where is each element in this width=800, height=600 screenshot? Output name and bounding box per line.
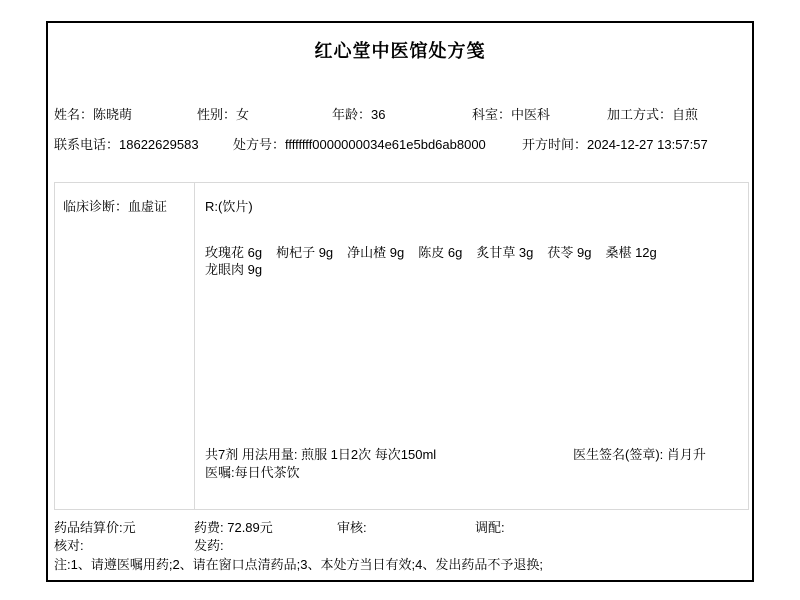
department-label: 科室：	[472, 107, 511, 122]
field-department: 科室：中医科	[472, 107, 550, 122]
herb-item: 炙甘草 3g	[476, 245, 533, 260]
compound-field: 调配:	[475, 520, 505, 535]
age-label: 年龄：	[332, 107, 371, 122]
processing-label: 加工方式：	[607, 107, 672, 122]
herb-item: 枸杞子 9g	[276, 245, 333, 260]
dispense-field: 发药:	[194, 538, 224, 553]
review-field: 审核:	[337, 520, 367, 535]
field-patient-name: 姓名：陈晓萌	[54, 107, 132, 122]
check-field: 核对:	[54, 538, 84, 553]
prescription-sheet: 红心堂中医馆处方笺 姓名：陈晓萌 性别：女 年龄：36 科室：中医科 加工方式：…	[46, 21, 754, 582]
diagnosis-label: 临床诊断：	[63, 199, 128, 214]
patient-name-label: 姓名：	[54, 107, 93, 122]
herb-item: 茯苓 9g	[547, 245, 591, 260]
fee-label: 药费:	[194, 520, 227, 535]
phone-label: 联系电话：	[54, 137, 119, 152]
settle-price: 药品结算价:元	[54, 520, 136, 535]
phone-value: 18622629583	[119, 137, 199, 152]
fee-field: 药费: 72.89元	[194, 520, 273, 535]
gender-value: 女	[236, 107, 249, 122]
usage-block: 共7剂 用法用量: 煎服 1日2次 每次150ml 医嘱:每日代茶饮	[205, 446, 436, 482]
fee-value: 72.89元	[227, 520, 273, 535]
field-gender: 性别：女	[197, 107, 249, 122]
rx-content-cell: R:(饮片) 玫瑰花 6g枸杞子 9g净山楂 9g陈皮 6g炙甘草 3g茯苓 9…	[195, 183, 748, 509]
diagnosis-value: 血虚证	[128, 199, 167, 214]
herb-item: 桑椹 12g	[605, 245, 656, 260]
processing-value: 自煎	[672, 107, 698, 122]
herb-list: 玫瑰花 6g枸杞子 9g净山楂 9g陈皮 6g炙甘草 3g茯苓 9g桑椹 12g…	[205, 244, 738, 278]
prescription-table: 临床诊断：血虚证 R:(饮片) 玫瑰花 6g枸杞子 9g净山楂 9g陈皮 6g炙…	[54, 182, 749, 510]
doctor-signature: 医生签名(签章): 肖月升	[573, 446, 715, 464]
department-value: 中医科	[511, 107, 550, 122]
herb-item: 陈皮 6g	[418, 245, 462, 260]
rx-time-value: 2024-12-27 13:57:57	[587, 137, 708, 152]
rx-time-label: 开方时间：	[522, 137, 587, 152]
herb-item: 净山楂 9g	[347, 245, 404, 260]
page-title: 红心堂中医馆处方笺	[48, 37, 752, 63]
instruction-line: 医嘱:每日代茶饮	[205, 464, 436, 482]
rx-no-label: 处方号：	[233, 137, 285, 152]
field-rx-no: 处方号：ffffffff0000000034e61e5bd6ab8000	[233, 137, 486, 152]
field-rx-time: 开方时间：2024-12-27 13:57:57	[522, 137, 708, 152]
notes-line: 注:1、请遵医嘱用药;2、请在窗口点清药品;3、本处方当日有效;4、发出药品不予…	[54, 557, 543, 572]
age-value: 36	[371, 107, 385, 122]
diagnosis-cell: 临床诊断：血虚证	[55, 183, 195, 509]
rx-header: R:(饮片)	[205, 196, 253, 215]
field-phone: 联系电话：18622629583	[54, 137, 199, 152]
doctor-name: 肖月升	[667, 447, 706, 462]
patient-name-value: 陈晓萌	[93, 107, 132, 122]
herb-item: 龙眼肉 9g	[205, 262, 262, 277]
rx-no-value: ffffffff0000000034e61e5bd6ab8000	[285, 137, 486, 152]
field-processing: 加工方式：自煎	[607, 107, 698, 122]
field-age: 年龄：36	[332, 107, 385, 122]
herb-item: 玫瑰花 6g	[205, 245, 262, 260]
gender-label: 性别：	[197, 107, 236, 122]
usage-line: 共7剂 用法用量: 煎服 1日2次 每次150ml	[205, 446, 436, 464]
doctor-sign-label: 医生签名(签章):	[573, 447, 667, 462]
